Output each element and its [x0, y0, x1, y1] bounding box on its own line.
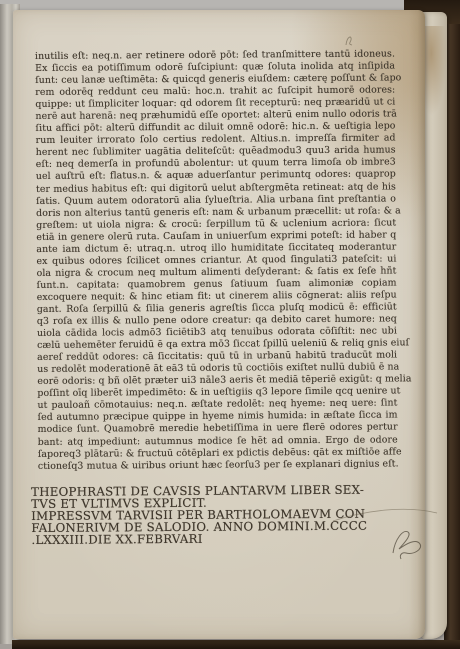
book-photo: inutilis eſt: neq.n. aer retinere odorē …	[0, 0, 460, 649]
text-line: ctioneſq3 mutua & uiribus oriunt hæc ſeo…	[38, 458, 398, 473]
body-text: inutilis eſt: neq.n. aer retinere odorē …	[35, 48, 398, 472]
printed-page: inutilis eſt: neq.n. aer retinere odorē …	[13, 10, 425, 639]
ink-squiggle-mark-icon	[385, 523, 429, 563]
print-layer: inutilis eſt: neq.n. aer retinere odorē …	[27, 48, 408, 546]
binding-bottom-edge	[12, 640, 460, 649]
small-pen-mark-icon	[343, 32, 357, 48]
colophon-line: .LXXXIII.DIE XX.FEBRVARI	[31, 532, 407, 547]
